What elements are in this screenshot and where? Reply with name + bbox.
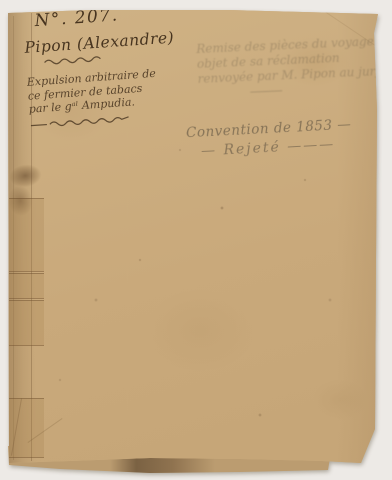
spine-repair-patch: [9, 273, 44, 299]
dossier-number: N°. 207.: [34, 0, 193, 31]
pencil-dash: [250, 90, 282, 92]
decision-note: — Rejeté ———: [201, 136, 336, 159]
folder-cover-sheet: N°. 207. Pipon (Alexandre) Expulsion arb…: [0, 0, 392, 480]
ink-annotation-block: N°. 207. Pipon (Alexandre) Expulsion arb…: [22, 0, 200, 129]
spine-repair-patch: [9, 398, 44, 458]
ink-underline: [43, 53, 105, 65]
subject-block: Expulsion arbitraire de ce fermier de ta…: [26, 64, 198, 116]
claimant-name: Pipon (Alexandre): [24, 27, 195, 57]
pencil-annotation-block: Remise des pièces du voyage objet de sa …: [196, 33, 392, 94]
sheet-group: N°. 207. Pipon (Alexandre) Expulsion arb…: [0, 0, 392, 480]
spine-repair-patch: [9, 300, 44, 346]
scanned-archive-document: N°. 207. Pipon (Alexandre) Expulsion arb…: [0, 0, 392, 480]
